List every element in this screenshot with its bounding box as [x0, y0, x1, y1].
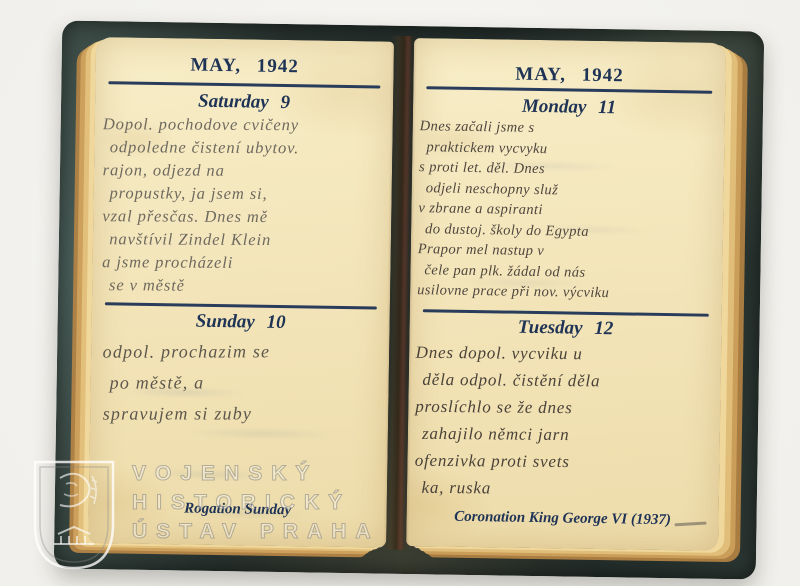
entry-sunday-10: odpol. prochazim se po městě, a spravuje… [103, 336, 271, 429]
handwriting-line: se v městě [109, 273, 299, 297]
handwriting-line: v zbrane a aspiranti [418, 198, 610, 222]
handwriting-line: odpoledne čistení ubytov. [110, 135, 300, 159]
handwriting-line: odjeli neschopny služ [426, 178, 611, 201]
entry-tuesday-12: Dnes dopol. vycviku u děla odpol. čistěn… [414, 339, 600, 503]
handwriting-line: spravujem si zuby [103, 398, 271, 429]
entry-monday-11: Dnes začali jsme s praktickem vycvyku s … [417, 116, 612, 303]
handwriting-line: ka, ruska [421, 474, 599, 503]
handwriting-line: ofenzivka proti svets [415, 447, 600, 476]
handwriting-line: Dnes začali jsme s [420, 116, 612, 140]
handwriting-line: proslíchlo se že dnes [415, 393, 600, 422]
entry-saturday-9: Dopol. pochodove cvičeny odpoledne čiste… [102, 112, 299, 297]
calendar-note-right: Coronation King George VI (1937) [406, 508, 718, 530]
month-header-right: MAY, 1942 [413, 62, 725, 89]
handwriting-line: děla odpol. čistění děla [422, 366, 600, 395]
handwriting-line: s proti let. děl. Dnes [419, 157, 611, 181]
handwriting-line: Prapor mel nastup v [418, 239, 610, 263]
diary-page-right: MAY, 1942 Monday 11 Dnes začali jsme s p… [406, 38, 726, 551]
month-header-left: MAY, 1942 [95, 53, 393, 80]
handwriting-line: odpol. prochazim se [103, 336, 271, 367]
day-heading-sunday-10: Sunday 10 [91, 309, 389, 336]
handwriting-line: po městě, a [110, 367, 271, 398]
handwriting-line: navštívil Zindel Klein [109, 227, 299, 251]
calendar-note-left: Rogation Sunday [89, 499, 387, 521]
handwriting-line: rajon, odjezd na [103, 158, 300, 182]
handwriting-line: usilovne prace při nov. výcviku [417, 280, 609, 304]
handwriting-line: Dnes dopol. vycviku u [416, 339, 601, 368]
divider-rule [105, 302, 377, 309]
scanned-diary-photo: MAY, 1942 Saturday 9 Dopol. pochodove cv… [0, 0, 800, 586]
handwriting-line: praktickem vycvyku [426, 137, 611, 160]
handwriting-line: propustky, ja jsem si, [109, 181, 299, 205]
handwriting-line: čele pan plk. žádal od nás [424, 260, 609, 283]
diary-book: MAY, 1942 Saturday 9 Dopol. pochodove cv… [54, 21, 765, 580]
handwriting-line: a jsme procházeli [102, 250, 299, 274]
handwriting-line: Dopol. pochodove cvičeny [103, 112, 300, 136]
divider-rule [108, 81, 380, 88]
handwriting-line: do dustoj. školy do Egypta [425, 219, 610, 242]
diary-page-left: MAY, 1942 Saturday 9 Dopol. pochodove cv… [88, 37, 394, 548]
handwriting-line: vzal přesčas. Dnes mě [102, 204, 299, 228]
day-heading-tuesday-12: Tuesday 12 [409, 315, 721, 342]
handwriting-line: zahajilo němci jarn [422, 420, 600, 449]
